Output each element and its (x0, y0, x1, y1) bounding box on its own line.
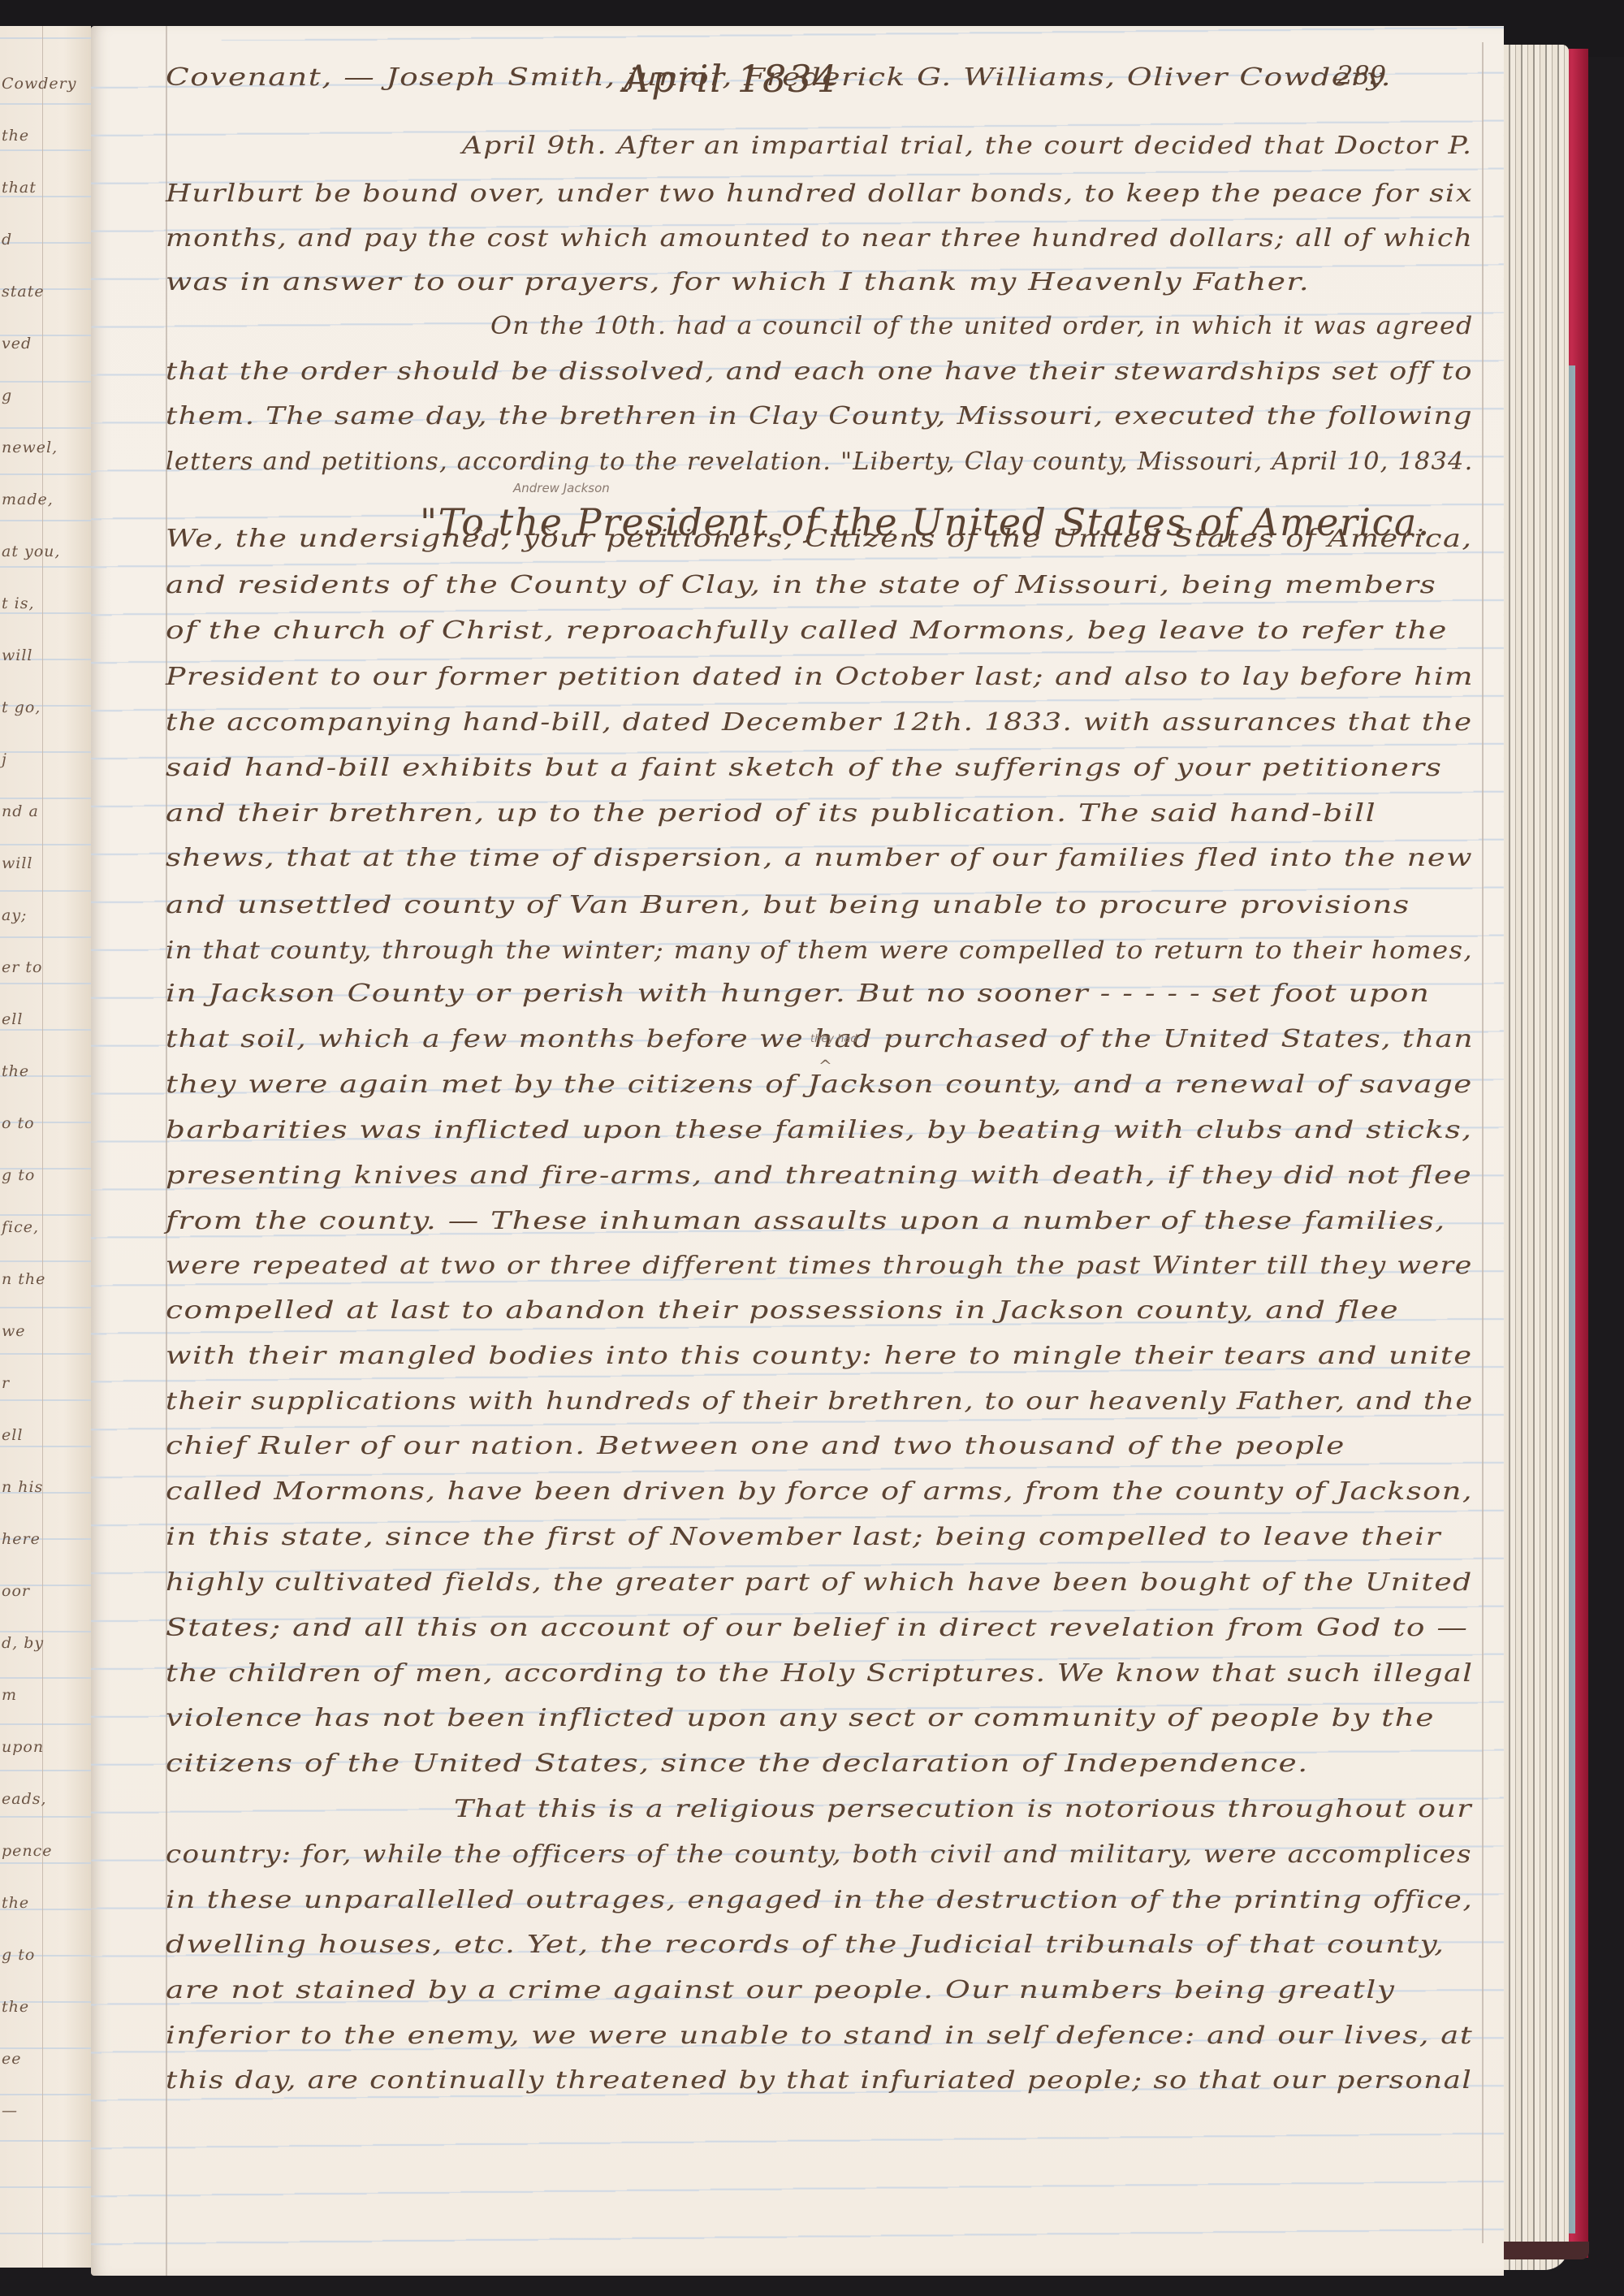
manuscript-line: and residents of the County of Clay, in … (166, 571, 1436, 599)
left-page-text-fragment: — (2, 2102, 18, 2120)
left-page-edge: Cowderythethatdstatevedgnewel,made,at yo… (0, 26, 91, 2268)
manuscript-line: were repeated at two or three different … (166, 1252, 1473, 1280)
left-page-text-fragment: ell (2, 1010, 23, 1028)
left-page-text-fragment: the (2, 1894, 29, 1912)
left-page-text-fragment: Cowdery (2, 75, 76, 93)
insertion-andrew-jackson: Andrew Jackson (513, 481, 610, 495)
insertion-caret: ^ (818, 1056, 832, 1075)
manuscript-line: was in answer to our prayers, for which … (166, 268, 1310, 296)
left-page-text-fragment: t is, (2, 595, 35, 612)
manuscript-line: dwelling houses, etc. Yet, the records o… (166, 1931, 1445, 1959)
manuscript-line: country: for, while the officers of the … (166, 1840, 1472, 1869)
left-page-text-fragment: oor (2, 1582, 30, 1600)
left-page-text-fragment: will (2, 646, 33, 664)
manuscript-page: April 1834 289 Covenant, — Joseph Smith,… (91, 26, 1504, 2276)
left-page-text-fragment: er to (2, 958, 42, 976)
manuscript-line: violence has not been inflicted upon any… (166, 1704, 1435, 1732)
left-page-text-fragment: ved (2, 335, 32, 352)
manuscript-line: That this is a religious persecution is … (454, 1795, 1472, 1823)
manuscript-line: chief Ruler of our nation. Between one a… (166, 1432, 1345, 1460)
left-page-text-fragment: ay; (2, 906, 27, 924)
margin-line (42, 26, 43, 2268)
manuscript-line: that the order should be dissolved, and … (166, 357, 1473, 386)
manuscript-line: compelled at last to abandon their posse… (166, 1296, 1399, 1325)
left-page-text-fragment: g to (2, 1946, 35, 1964)
manuscript-line: are not stained by a crime against our p… (166, 1976, 1395, 2004)
manuscript-line: in this state, since the first of Novemb… (166, 1523, 1441, 1551)
left-page-text-fragment: n his (2, 1478, 43, 1496)
manuscript-line: of the church of Christ, reproachfully c… (166, 616, 1448, 645)
manuscript-line: highly cultivated fields, the greater pa… (166, 1568, 1473, 1597)
petition-addressee-heading: "To the President of the United States o… (420, 500, 1431, 544)
manuscript-line: the accompanying hand-bill, dated Decemb… (166, 708, 1473, 737)
insertion-they-had: they had (810, 1033, 857, 1045)
manuscript-line: presenting knives and fire-arms, and thr… (166, 1161, 1472, 1190)
manuscript-line: their supplications with hundreds of the… (166, 1387, 1474, 1416)
manuscript-line: On the 10th. had a council of the united… (490, 312, 1474, 340)
manuscript-line: citizens of the United States, since the… (166, 1749, 1309, 1778)
left-page-text-fragment: newel, (2, 439, 58, 456)
left-page-text-fragment: that (2, 179, 37, 197)
manuscript-line: inferior to the enemy, we were unable to… (166, 2021, 1473, 2050)
manuscript-line: shews, that at the time of dispersion, a… (166, 844, 1473, 872)
left-page-text-fragment: j (2, 750, 7, 768)
manuscript-line: in that county, through the winter; many… (166, 936, 1473, 965)
left-page-text-fragment: at you, (2, 543, 60, 560)
left-page-text-fragment: pence (2, 1842, 53, 1860)
manuscript-line: Hurlburt be bound over, under two hundre… (166, 179, 1473, 208)
left-page-text-fragment: here (2, 1530, 41, 1548)
left-page-text-fragment: eads, (2, 1790, 47, 1808)
left-page-text-fragment: g to (2, 1166, 35, 1184)
ruled-lines (0, 26, 91, 2268)
left-page-text-fragment: upon (2, 1738, 44, 1756)
left-page-text-fragment: we (2, 1322, 26, 1340)
left-page-text-fragment: the (2, 1998, 29, 2016)
left-page-text-fragment: made, (2, 491, 54, 508)
manuscript-line: in Jackson County or perish with hunger.… (166, 979, 1430, 1008)
left-page-text-fragment: state (2, 283, 45, 301)
left-page-text-fragment: the (2, 127, 29, 145)
manuscript-line: with their mangled bodies into this coun… (166, 1342, 1473, 1370)
manuscript-line: and unsettled county of Van Buren, but b… (166, 891, 1410, 919)
manuscript-line: from the county. — These inhuman assault… (166, 1207, 1446, 1235)
left-page-text-fragment: d, by (2, 1634, 44, 1652)
page-stack-edge (1504, 45, 1569, 2270)
left-page-text-fragment: ee (2, 2050, 22, 2068)
manuscript-line: called Mormons, have been driven by forc… (166, 1477, 1473, 1506)
left-page-text-fragment: fice, (2, 1218, 39, 1236)
left-page-text-fragment: ell (2, 1426, 23, 1444)
manuscript-line: Covenant, — Joseph Smith, junior, Freder… (166, 63, 1392, 92)
left-page-text-fragment: d (2, 231, 12, 249)
right-margin-line (1482, 42, 1484, 2243)
manuscript-line: April 9th. After an impartial trial, the… (462, 132, 1472, 160)
manuscript-line: and their brethren, up to the period of … (166, 799, 1376, 828)
manuscript-line: the children of men, according to the Ho… (166, 1659, 1473, 1688)
manuscript-line: letters and petitions, according to the … (166, 448, 1473, 476)
left-page-text-fragment: t go, (2, 698, 41, 716)
manuscript-line: months, and pay the cost which amounted … (166, 224, 1473, 253)
left-page-text-fragment: o to (2, 1114, 35, 1132)
left-page-text-fragment: r (2, 1374, 10, 1392)
manuscript-line: them. The same day, the brethren in Clay… (166, 402, 1473, 430)
left-page-text-fragment: g (2, 387, 12, 404)
manuscript-line: President to our former petition dated i… (166, 663, 1474, 691)
left-page-text-fragment: m (2, 1686, 17, 1704)
manuscript-line: said hand-bill exhibits but a faint sket… (166, 754, 1442, 782)
left-page-text-fragment: the (2, 1062, 29, 1080)
left-page-text-fragment: nd a (2, 802, 39, 820)
left-page-text-fragment: n the (2, 1270, 45, 1288)
manuscript-line: States; and all this on account of our b… (166, 1614, 1468, 1642)
manuscript-line: in these unparallelled outrages, engaged… (166, 1886, 1473, 1914)
left-page-text-fragment: will (2, 854, 33, 872)
manuscript-line: barbarities was inflicted upon these fam… (166, 1116, 1473, 1144)
manuscript-line: this day, are continually threatened by … (166, 2066, 1472, 2095)
